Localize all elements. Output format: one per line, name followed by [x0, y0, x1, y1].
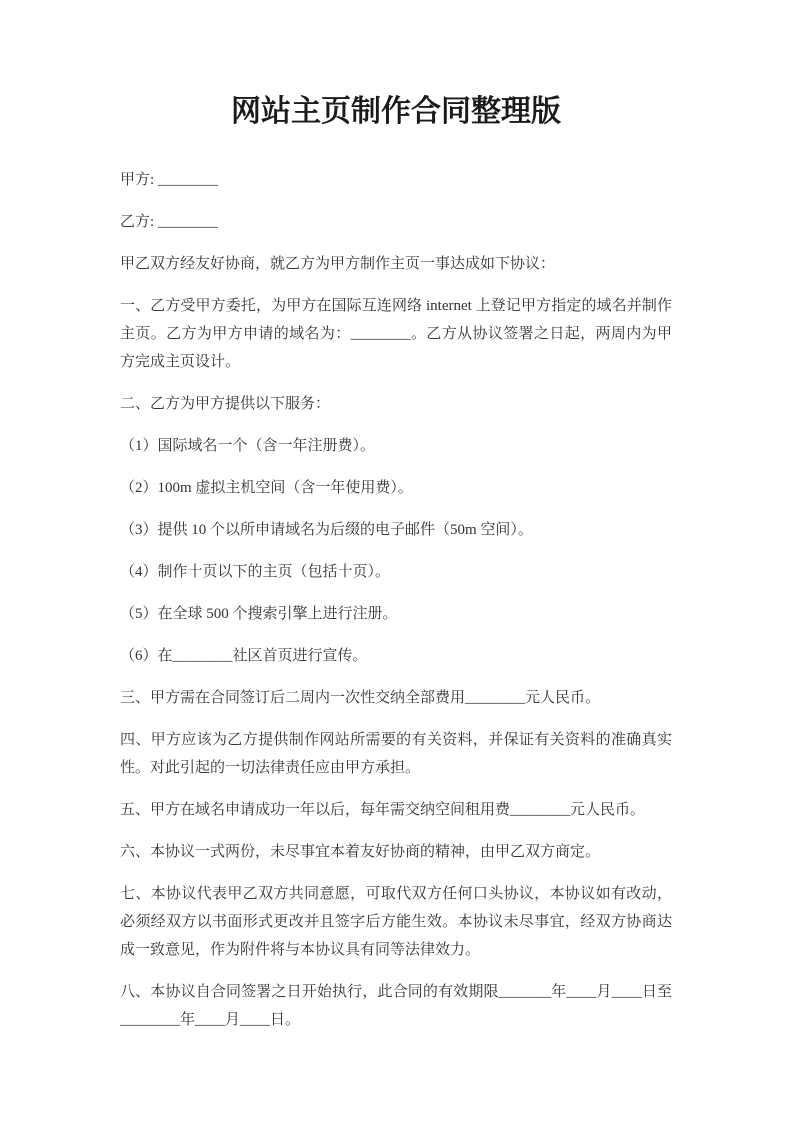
service-item-6: （6）在________社区首页进行宣传。 [120, 642, 672, 670]
clause-4-paragraph: 四、甲方应该为乙方提供制作网站所需要的有关资料，并保证有关资料的准确真实性。对此… [120, 726, 672, 782]
clause-8-paragraph: 八、本协议自合同签署之日开始执行，此合同的有效期限_______年____月__… [120, 978, 672, 1034]
service-item-1: （1）国际域名一个（含一年注册费）。 [120, 432, 672, 460]
document-title: 网站主页制作合同整理版 [120, 93, 672, 131]
clause-7-paragraph: 七、本协议代表甲乙双方共同意愿，可取代双方任何口头协议，本协议如有改动，必须经双… [120, 880, 672, 964]
clause-2-paragraph: 二、乙方为甲方提供以下服务： [120, 390, 672, 418]
intro-paragraph: 甲乙双方经友好协商，就乙方为甲方制作主页一事达成如下协议： [120, 250, 672, 278]
clause-3-paragraph: 三、甲方需在合同签订后二周内一次性交纳全部费用________元人民币。 [120, 684, 672, 712]
contract-page: 网站主页制作合同整理版 甲方: ________ 乙方: ________ 甲乙… [0, 0, 793, 1122]
clause-6-paragraph: 六、本协议一式两份，未尽事宜本着友好协商的精神，由甲乙双方商定。 [120, 838, 672, 866]
party-b-line: 乙方: ________ [120, 208, 672, 236]
clause-5-paragraph: 五、甲方在域名申请成功一年以后，每年需交纳空间租用费________元人民币。 [120, 796, 672, 824]
clause-1-paragraph: 一、乙方受甲方委托，为甲方在国际互连网络 internet 上登记甲方指定的域名… [120, 292, 672, 376]
party-a-line: 甲方: ________ [120, 166, 672, 194]
service-item-4: （4）制作十页以下的主页（包括十页）。 [120, 558, 672, 586]
service-item-5: （5）在全球 500 个搜索引擎上进行注册。 [120, 600, 672, 628]
service-item-3: （3）提供 10 个以所申请域名为后缀的电子邮件（50m 空间）。 [120, 516, 672, 544]
service-item-2: （2）100m 虚拟主机空间（含一年使用费）。 [120, 474, 672, 502]
